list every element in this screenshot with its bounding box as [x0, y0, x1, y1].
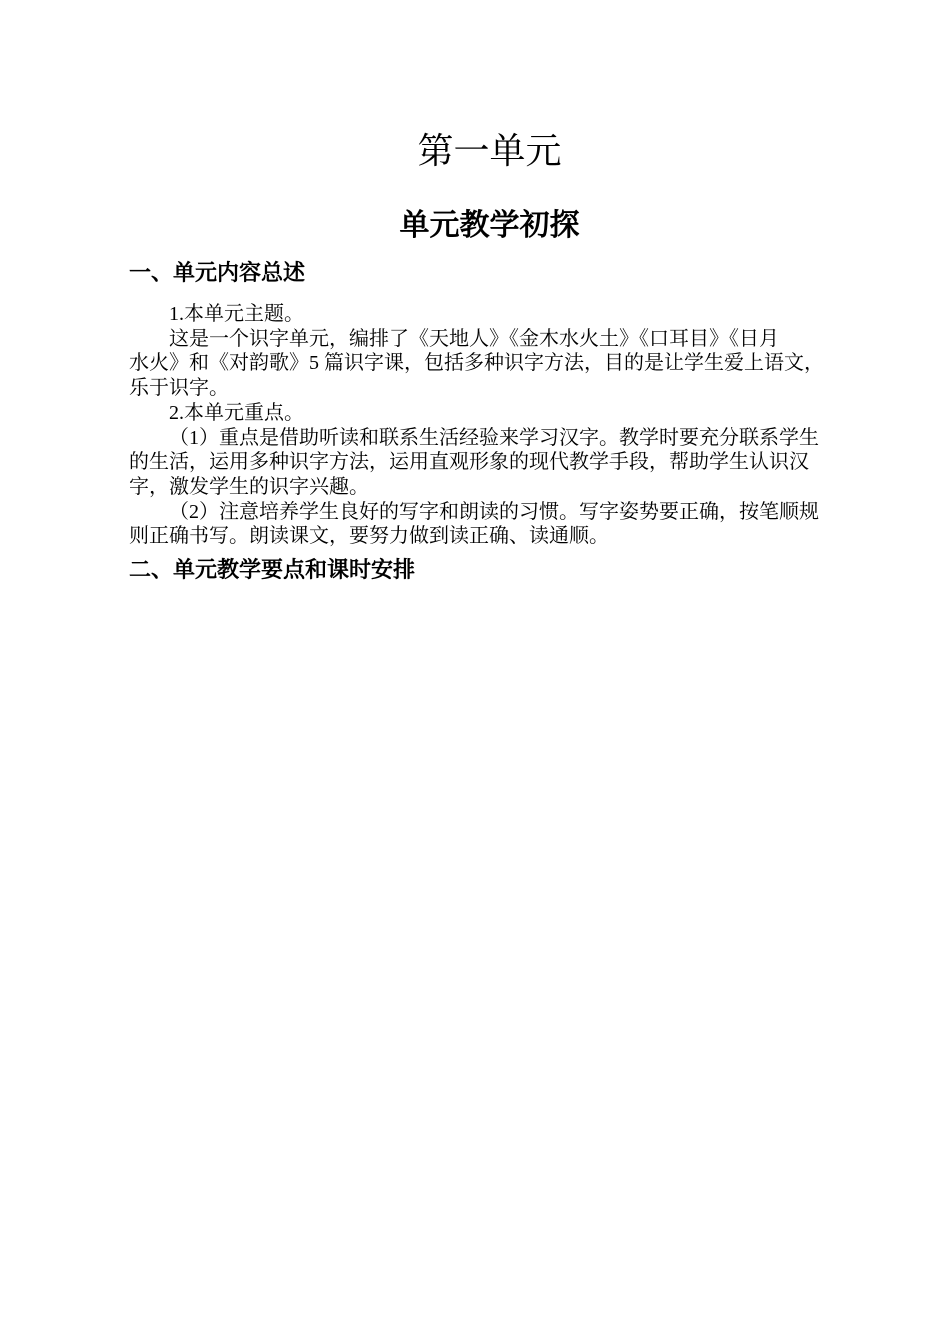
- body-text-line: 乐于识字。: [129, 376, 824, 401]
- body-text-line: 1.本单元主题。: [129, 302, 824, 327]
- body-text-line: （2）注意培养学生良好的写字和朗读的习惯。写字姿势要正确，按笔顺规: [129, 500, 824, 525]
- document-content: 第一单元 单元教学初探 一、单元内容总述 1.本单元主题。 这是一个识字单元，编…: [129, 0, 824, 585]
- body-text-line: 水火》和《对韵歌》5 篇识字课，包括多种识字方法，目的是让学生爱上语文，: [129, 351, 824, 376]
- section-1-body: 1.本单元主题。 这是一个识字单元，编排了《天地人》《金木水火土》《口耳目》《日…: [129, 302, 824, 549]
- section-heading-2: 二、单元教学要点和课时安排: [129, 555, 824, 585]
- body-text-line: 则正确书写。朗读课文，要努力做到读正确、读通顺。: [129, 524, 824, 549]
- document-page: 第一单元 单元教学初探 一、单元内容总述 1.本单元主题。 这是一个识字单元，编…: [0, 0, 950, 1344]
- body-text-line: （1）重点是借助听读和联系生活经验来学习汉字。教学时要充分联系学生: [129, 426, 824, 451]
- document-subtitle: 单元教学初探: [129, 208, 824, 244]
- body-text-line: 字，激发学生的识字兴趣。: [129, 475, 824, 500]
- body-text-line: 这是一个识字单元，编排了《天地人》《金木水火土》《口耳目》《日月: [129, 327, 824, 352]
- section-heading-1: 一、单元内容总述: [129, 258, 824, 288]
- document-title: 第一单元: [129, 130, 824, 172]
- body-text-line: 的生活，运用多种识字方法，运用直观形象的现代教学手段，帮助学生认识汉: [129, 450, 824, 475]
- body-text-line: 2.本单元重点。: [129, 401, 824, 426]
